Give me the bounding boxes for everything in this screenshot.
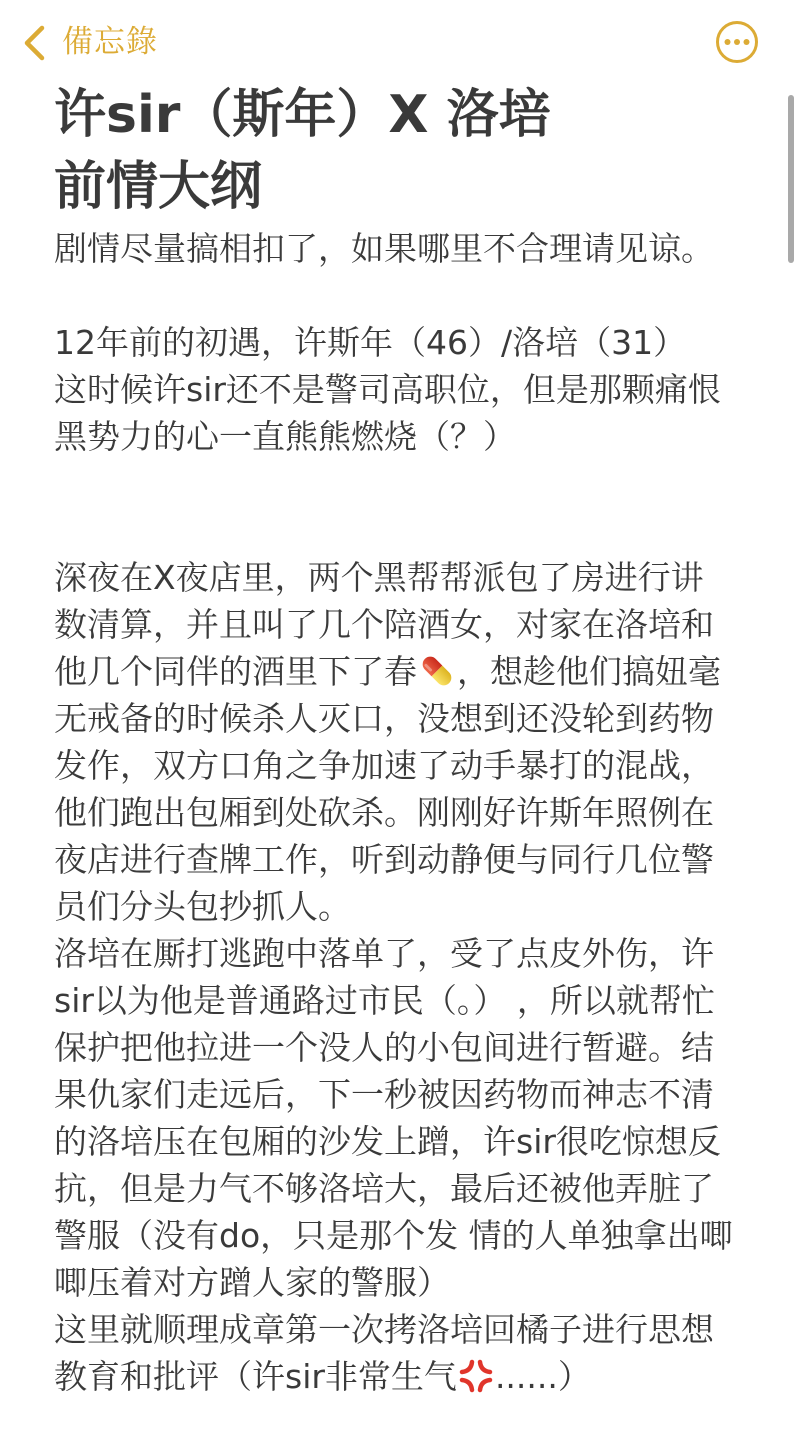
body-line: 这里就顺理成章第一次拷洛培回橘子进行思想	[54, 1306, 774, 1353]
body-line: 这时候许sir还不是警司高职位，但是那颗痛恨	[54, 366, 774, 413]
blank-line	[54, 460, 774, 507]
body-line: 12年前的初遇，许斯年（46）/洛培（31）	[54, 319, 774, 366]
body-line: 他们跑出包厢到处砍杀。刚刚好许斯年照例在	[54, 789, 774, 836]
anger-symbol-icon	[458, 1358, 494, 1394]
body-line: 保护把他拉进一个没人的小包间进行暂避。结	[54, 1024, 774, 1071]
body-line: 警服（没有do，只是那个发 情的人单独拿出唧	[54, 1212, 774, 1259]
vertical-scrollbar[interactable]	[788, 95, 794, 263]
pill-icon	[418, 651, 456, 691]
body-line: 洛培在厮打逃跑中落单了，受了点皮外伤，许	[54, 930, 774, 977]
more-options-button[interactable]	[714, 19, 760, 65]
note-title: 许sir（斯年）X 洛培 前情大纲	[54, 79, 774, 223]
body-line: 抗，但是力气不够洛培大，最后还被他弄脏了	[54, 1165, 774, 1212]
body-line: 无戒备的时候杀人灭口，没想到还没轮到药物	[54, 695, 774, 742]
body-line: sir以为他是普通路过市民（。） ，所以就帮忙	[54, 977, 774, 1024]
body-line: 员们分头包抄抓人。	[54, 883, 774, 930]
body-line: 深夜在X夜店里，两个黑帮帮派包了房进行讲	[54, 554, 774, 601]
body-line: 发作，双方口角之争加速了动手暴打的混战，	[54, 742, 774, 789]
blank-line	[54, 272, 774, 319]
note-body: 剧情尽量搞相扣了，如果哪里不合理请见谅。 12年前的初遇，许斯年（46）/洛培（…	[54, 225, 774, 1400]
chevron-left-icon	[18, 22, 48, 62]
line-text-after: ......）	[495, 1357, 591, 1396]
body-line: 剧情尽量搞相扣了，如果哪里不合理请见谅。	[54, 225, 774, 272]
title-line: 前情大纲	[54, 151, 774, 223]
line-text-before: 教育和批评（许sir非常生气	[54, 1357, 457, 1396]
body-line-with-emoji: 教育和批评（许sir非常生气 ......）	[54, 1353, 774, 1400]
body-line: 唧压着对方蹭人家的警服）	[54, 1259, 774, 1306]
body-line: 数清算，并且叫了几个陪酒女，对家在洛培和	[54, 601, 774, 648]
line-text-before: 他几个同伴的酒里下了春	[54, 652, 417, 691]
body-line: 夜店进行查牌工作，听到动静便与同行几位警	[54, 836, 774, 883]
line-text-after: ，想趁他们搞妞毫	[457, 652, 721, 691]
body-line-with-emoji: 他几个同伴的酒里下了春 ，想趁他们搞妞毫	[54, 648, 774, 695]
back-label: 備忘錄	[62, 22, 158, 62]
body-line: 的洛培压在包厢的沙发上蹭，许sir很吃惊想反	[54, 1118, 774, 1165]
title-line: 许sir（斯年）X 洛培	[54, 79, 774, 151]
blank-line	[54, 507, 774, 554]
body-line: 黑势力的心一直熊熊燃烧（？）	[54, 413, 774, 460]
back-button[interactable]: 備忘錄	[18, 18, 158, 66]
ellipsis-circle-icon	[714, 19, 760, 65]
note-editor[interactable]: 许sir（斯年）X 洛培 前情大纲 剧情尽量搞相扣了，如果哪里不合理请见谅。 1…	[54, 79, 774, 1400]
body-line: 果仇家们走远后，下一秒被因药物而神志不清	[54, 1071, 774, 1118]
